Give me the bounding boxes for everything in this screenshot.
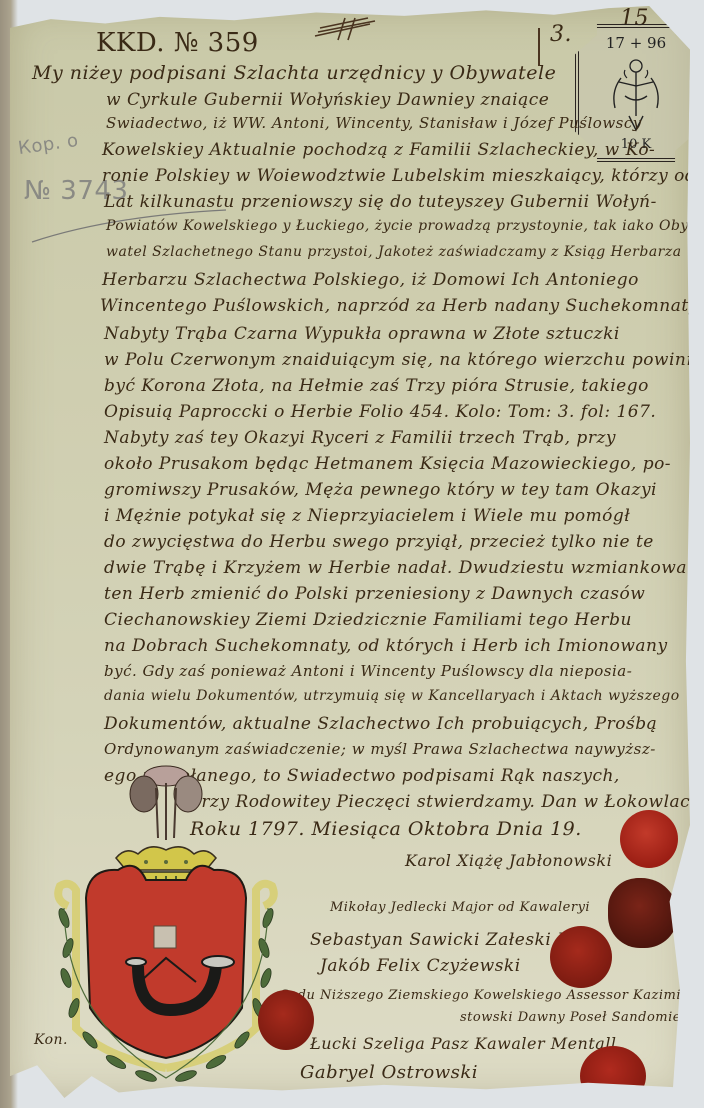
- wax-seal: [580, 1046, 646, 1106]
- signature: Jakób Felix Czyżewski: [320, 956, 521, 976]
- body-line: w Cyrkule Gubernii Wołyńskiey Dawniey zn…: [106, 90, 549, 110]
- wax-seal: [620, 810, 678, 868]
- document-page: KKD. № 359 3. 15 17 + 96 10 K Кор. о № 3…: [10, 6, 690, 1098]
- body-line: Powiatów Kowelskiego y Łuckiego, życie p…: [106, 218, 694, 234]
- wax-seal: [550, 926, 612, 988]
- body-line: do zwycięstwa do Herbu swego przyiął, pr…: [104, 532, 654, 552]
- body-line: gromiwszy Prusaków, Męża pewnego który w…: [104, 480, 657, 500]
- body-line: Dokumentów, aktualne Szlachectwo Ich pro…: [104, 714, 657, 734]
- body-line: ronie Polskiey w Woiewodztwie Lubelskim …: [102, 166, 696, 186]
- body-line: My niżey podpisani Szlachta urzędnicy y …: [32, 62, 556, 84]
- wax-seal: [608, 878, 678, 948]
- body-line: około Prusakom będąc Hetmanem Księcia Ma…: [104, 454, 671, 474]
- body-line: na Dobrach Suchekomnaty, od których i He…: [104, 636, 668, 656]
- body-line: Opisuią Paproccki o Herbie Folio 454. Ko…: [104, 402, 656, 422]
- stamp-year: 17 + 96: [579, 34, 693, 52]
- folio-number: 3.: [550, 22, 572, 47]
- body-line: i Mężnie potykał się z Nieprzyiacielem i…: [104, 506, 630, 526]
- signature: Łucki Szeliga Pasz Kawaler Mentall: [310, 1034, 617, 1053]
- body-line: być. Gdy zaś ponieważ Antoni i Wincenty …: [104, 662, 632, 680]
- signature: Sebastyan Sawicki Załeski L.S.: [310, 930, 592, 950]
- body-line: Swiadectwo, iż WW. Antoni, Wincenty, Sta…: [106, 114, 642, 132]
- coat-of-arms-icon: [46, 758, 286, 1098]
- signature: Sądu Niższego Ziemskiego Kowelskiego Ass…: [280, 988, 704, 1003]
- signature: Karol Xiążę Jabłonowski: [405, 851, 612, 870]
- body-line: Wincentego Puślowskich, naprzód za Herb …: [100, 296, 699, 316]
- archive-reference: KKD. № 359: [96, 28, 259, 58]
- body-line: watel Szlachetnego Stanu przystoi, Jakot…: [106, 244, 682, 260]
- wax-seal: [258, 990, 314, 1050]
- margin-pencil-note: Кор. о: [17, 130, 80, 159]
- body-line: Nabyty zaś tey Okazyi Ryceri z Familii t…: [104, 428, 616, 448]
- ostrich-feathers: [130, 766, 202, 840]
- signature: stowski Dawny Poseł Sandomierski: [460, 1010, 704, 1025]
- body-line: Kowelskiey Aktualnie pochodzą z Familii …: [102, 140, 655, 160]
- signature: Gabryel Ostrowski: [300, 1062, 478, 1083]
- body-line: Lat kilkunastu przeniowszy się do tuteys…: [104, 192, 657, 212]
- body-line: Ordynowanym zaświadczenie; w myśl Prawa …: [104, 740, 656, 758]
- folio-divider: [538, 28, 540, 66]
- body-line: być Korona Złota, na Hełmie zaś Trzy pió…: [104, 376, 649, 396]
- body-line: w Polu Czerwonym znaiduiącym się, na któ…: [104, 350, 704, 370]
- body-line: ten Herb zmienić do Polski przeniesiony …: [104, 584, 645, 604]
- body-line: Herbarzu Szlachectwa Polskiego, iż Domow…: [102, 270, 639, 290]
- body-line: dania wielu Dokumentów, utrzymuią się w …: [104, 688, 680, 704]
- body-line: dwie Trąbę i Krzyżem w Herbie nadał. Dwu…: [104, 558, 704, 578]
- signature: Mikołay Jedlecki Major od Kawaleryi: [330, 900, 590, 915]
- body-line: Ciechanowskiey Ziemi Dziedzicznie Famili…: [104, 610, 632, 630]
- flourish-mark-icon: [310, 16, 390, 42]
- body-line: Nabyty Trąba Czarna Wypukła oprawna w Zł…: [104, 324, 620, 344]
